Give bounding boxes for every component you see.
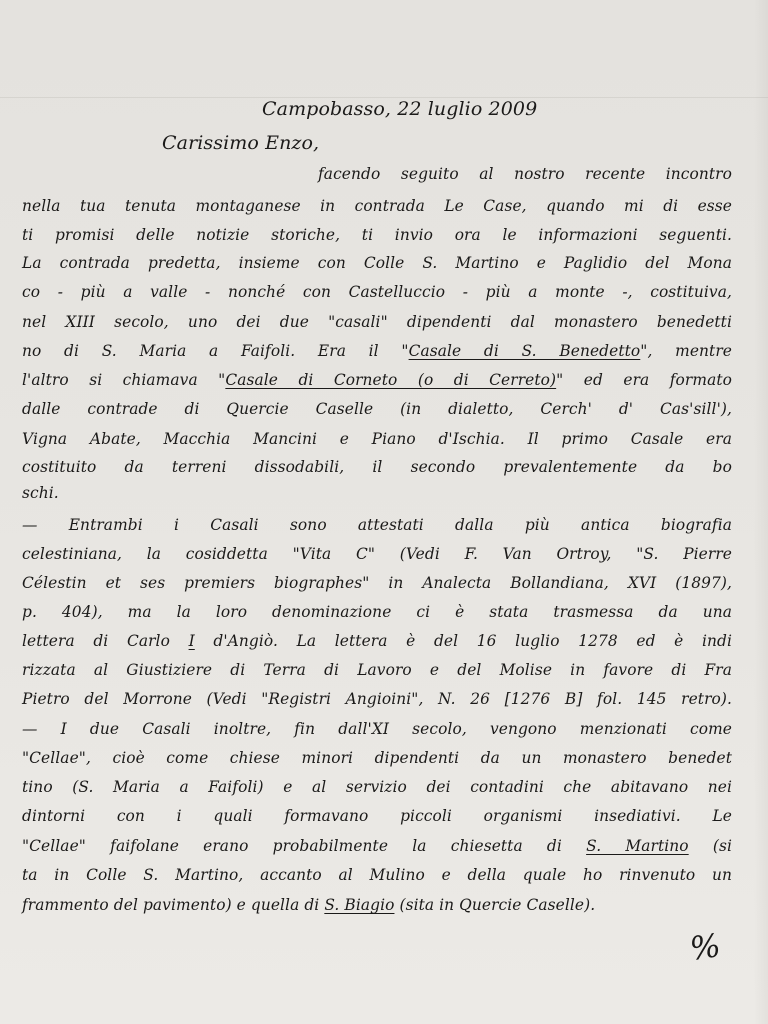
line-text: co - più a valle - nonché con Castellucc…	[22, 283, 732, 301]
letter-line: "Cellae", cioè come chiese minori dipend…	[22, 749, 732, 767]
line-text: d'Angiò. La lettera è del 16 luglio 1278…	[195, 632, 732, 650]
line-text: p. 404), ma la loro denominazione ci è s…	[22, 603, 732, 621]
letter-line: facendo seguito al nostro recente incont…	[318, 165, 732, 183]
letter-line: dintorni con i quali formavano piccoli o…	[22, 807, 732, 825]
line-text: dalle contrade di Quercie Caselle (in di…	[22, 400, 732, 418]
letter-line: La contrada predetta, insieme con Colle …	[22, 254, 732, 272]
line-text: dintorni con i quali formavano piccoli o…	[22, 807, 732, 825]
letter-line: — I due Casali inoltre, fin dall'XI seco…	[22, 720, 732, 738]
paper-edge-shadow	[754, 0, 768, 1024]
letter-line: ti promisi delle notizie storiche, ti in…	[22, 226, 732, 244]
line-text: schi.	[22, 484, 59, 502]
line-text: — I due Casali inoltre, fin dall'XI seco…	[22, 720, 732, 738]
letter-line: "Cellae" faifolane erano probabilmente l…	[22, 837, 732, 855]
letter-line: — Entrambi i Casali sono attestati dalla…	[22, 516, 732, 534]
letter-line: nella tua tenuta montaganese in contrada…	[22, 197, 732, 215]
line-text: lettera di Carlo	[22, 632, 189, 650]
line-text: (sita in Quercie Caselle).	[394, 896, 595, 914]
letter-line: co - più a valle - nonché con Castellucc…	[22, 283, 732, 301]
line-text: ti promisi delle notizie storiche, ti in…	[22, 226, 732, 244]
line-text: " ed era formato	[556, 371, 732, 389]
letter-line: lettera di Carlo I d'Angiò. La lettera è…	[22, 632, 732, 650]
line-text: no di S. Maria a Faifoli. Era il "	[22, 342, 409, 360]
salutation: Carissimo Enzo,	[162, 132, 319, 154]
line-text: rizzata al Giustiziere di Terra di Lavor…	[22, 661, 732, 679]
line-text: ", mentre	[640, 342, 732, 360]
line-text: "Cellae", cioè come chiese minori dipend…	[22, 749, 732, 767]
underlined-text: Casale di S. Benedetto	[409, 342, 641, 360]
underlined-text: Casale di Corneto (o di Cerreto)	[225, 371, 556, 389]
letter-line: tino (S. Maria a Faifoli) e al servizio …	[22, 778, 732, 796]
line-text: frammento del pavimento) e quella di	[22, 896, 324, 914]
letter-line: celestiniana, la cosiddetta "Vita C" (Ve…	[22, 545, 732, 563]
letter-line: Pietro del Morrone (Vedi "Registri Angio…	[22, 690, 732, 708]
closing-mark: %	[688, 926, 723, 968]
line-text: l'altro si chiamava "	[22, 371, 225, 389]
letter-line: Vigna Abate, Macchia Mancini e Piano d'I…	[22, 430, 732, 448]
line-text: La contrada predetta, insieme con Colle …	[22, 254, 732, 272]
line-text: — Entrambi i Casali sono attestati dalla…	[22, 516, 732, 534]
line-text: "Cellae" faifolane erano probabilmente l…	[22, 837, 586, 855]
letter-line: Célestin et ses premiers biographes" in …	[22, 574, 732, 592]
line-text: costituito da terreni dissodabili, il se…	[22, 458, 732, 476]
letter-line: no di S. Maria a Faifoli. Era il "Casale…	[22, 342, 732, 360]
line-text: facendo seguito al nostro recente incont…	[318, 165, 732, 183]
line-text: tino (S. Maria a Faifoli) e al servizio …	[22, 778, 732, 796]
letter-line: frammento del pavimento) e quella di S. …	[22, 896, 732, 914]
letter-line: p. 404), ma la loro denominazione ci è s…	[22, 603, 732, 621]
underlined-text: S. Biagio	[324, 896, 394, 914]
place-date: Campobasso, 22 luglio 2009	[262, 98, 537, 120]
line-text: ta in Colle S. Martino, accanto al Mulin…	[22, 866, 732, 884]
letter-line: schi.	[22, 484, 732, 502]
line-text: Vigna Abate, Macchia Mancini e Piano d'I…	[22, 430, 732, 448]
line-text: Pietro del Morrone (Vedi "Registri Angio…	[22, 690, 732, 708]
line-text: nella tua tenuta montaganese in contrada…	[22, 197, 732, 215]
line-text: Célestin et ses premiers biographes" in …	[22, 574, 732, 592]
letter-line: ta in Colle S. Martino, accanto al Mulin…	[22, 866, 732, 884]
line-text: (si	[689, 837, 732, 855]
line-text: celestiniana, la cosiddetta "Vita C" (Ve…	[22, 545, 732, 563]
line-text: nel XIII secolo, uno dei due "casali" di…	[22, 313, 732, 331]
letter-line: nel XIII secolo, uno dei due "casali" di…	[22, 313, 732, 331]
letter-line: rizzata al Giustiziere di Terra di Lavor…	[22, 661, 732, 679]
underlined-text: S. Martino	[586, 837, 689, 855]
letter-line: costituito da terreni dissodabili, il se…	[22, 458, 732, 476]
letter-line: l'altro si chiamava "Casale di Corneto (…	[22, 371, 732, 389]
letter-line: dalle contrade di Quercie Caselle (in di…	[22, 400, 732, 418]
letter-page: Campobasso, 22 luglio 2009 Carissimo Enz…	[0, 0, 768, 1024]
